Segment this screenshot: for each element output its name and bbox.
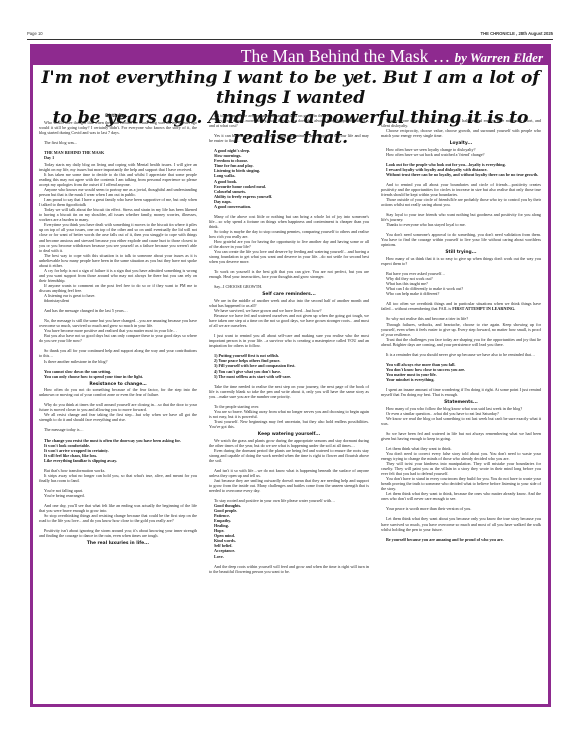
paragraph: And the deep roots within yourself will … [209,564,369,574]
paragraph: How many of you who follow the blog know… [381,406,541,411]
paragraph: Say...I CHOOSE GROWTH. [209,284,369,289]
paragraph: Today we will talk about the biscuit tin… [39,207,197,222]
paragraph: So today is maybe the day to stop counti… [209,229,369,239]
article-frame: The Man Behind the Mask … by Warren Elde… [30,44,551,707]
paragraph: Take the time needed to realise the next… [209,384,369,399]
column-title: The Man Behind the Mask … [241,46,455,66]
paragraph: No, the message is still the same but yo… [39,318,197,328]
paragraph: How grateful are you for having the oppo… [209,239,369,249]
column-1: Birthday... Who would have thought that … [39,113,197,547]
section-heading-resistance: Resistance to change… [39,382,197,387]
column-banner: The Man Behind the Mask … by Warren Elde… [33,47,548,65]
paragraph: They want more…more money, more friends,… [209,118,369,128]
masthead-date: THE CHRONICLE , 28th August 2025 [481,31,553,36]
paragraph: Trust that the challenges you face today… [381,337,541,347]
page-header: Page 10 THE CHRONICLE , 28th August 2025 [27,30,553,40]
paragraph: If anyone wants to comment on the post f… [39,283,197,293]
paragraph: So we have been fed and watered in life … [381,431,541,441]
section-heading-watering: Keep watering yourself... [209,432,369,437]
headline-line-1: I'm not everything I want to be yet. But… [33,68,548,108]
paragraph: How many of us think that it is so easy … [381,256,541,266]
paragraph: Just because they are smiling outwardly … [209,478,369,493]
paragraph: I spent an insane amount of time wonderi… [381,387,541,397]
section-heading-luxuries: The real luxuries in life... [39,541,197,546]
paragraph: Positivity isn't about ignoring the stor… [39,528,197,538]
paragraph: And isn't it so with life…we do not know… [209,468,369,478]
paragraph: Let them think what they want to think, … [381,491,541,501]
paragraph: Even during the dormant period the plant… [209,448,369,463]
column-3: Not everyone deserves your access. Cut o… [381,113,541,542]
paragraph: And to remind you all about your boundar… [381,182,541,197]
paragraph: A cry for help is not a sign of failure … [39,268,197,283]
column-2: All too often people are consumed by and… [209,113,369,574]
section-heading-statements: Statements... [381,400,541,405]
paragraph: We all resist change and fear taking the… [39,412,197,422]
page-number: Page 10 [27,31,43,36]
bold-quote: You can only choose how to spend your ti… [39,374,197,379]
paragraph: All too often we overthink things and in… [381,301,541,311]
paragraph: Stay loyal to your true friends who want… [381,212,541,222]
paragraph: To work on yourself is the best gift tha… [209,269,369,279]
byline: by Warren Elder [455,50,543,65]
paragraph: We are in the middle of another week and… [209,298,369,308]
section-heading-birthday: Birthday... [39,114,197,119]
paragraph: You are so brave. Walking away from what… [209,409,369,419]
paragraph: So thank you all for your continued help… [39,348,197,358]
paragraph: It has taken me some time to decide to d… [39,172,197,187]
section-heading-loyalty: Loyalty... [381,141,541,146]
paragraph: Because we have fed and watered ourselve… [209,313,369,328]
bold-paragraph: Without trust there can be no loyalty, a… [381,172,541,177]
paragraph: We watch the grass and plants grow durin… [209,438,369,448]
paragraph: I am proud to say that I have a great fa… [39,197,197,207]
paragraph: So stop overthinking things and resistin… [39,513,197,523]
paragraph: Yes it can but the following can also br… [209,133,369,143]
bold-paragraph: The change you resist the most is often … [39,438,197,443]
paragraph: Through failures, setbacks, and heartach… [381,322,541,337]
paragraph: Why do you think at times the wall aroun… [39,402,197,412]
paragraph: The best way to cope with this situation… [39,253,197,268]
paragraph: Trust yourself. New beginnings may feel … [209,419,369,429]
paragraph: It strips away what no longer can hold y… [39,473,197,483]
paragraph: Everytime you think you have dealt with … [39,222,197,252]
paragraph: How often do you not do something becaus… [39,387,197,397]
paragraph: Today starts my daily blog on living and… [39,162,197,172]
fail-acronym: FIRST ATTEMPT IN LEARNING. [452,306,515,311]
section-heading-selfcare: Self care reminders... [209,292,369,297]
paragraph: Those outside of your circle of friends/… [381,197,541,207]
paragraph: You don't need to correct every false st… [381,451,541,461]
paragraph: I just want to remind you all about self… [209,333,369,348]
paragraph: Let them think what they want about you … [381,516,541,531]
paragraph: But you also have not so good days but c… [39,333,197,343]
paragraph: We know we read the blog or had somethin… [381,416,541,426]
paragraph: They will twist your kindness into manip… [381,461,541,476]
paragraph: Anyone who knows me would seem to portra… [39,187,197,197]
paragraph: Who would have thought that when the Man… [39,120,197,135]
paragraph: Choose reciprocity, choose value, choose… [381,128,541,138]
paragraph: You don't have to stand in every courtro… [381,476,541,491]
paragraph: It is a reminder that you should never g… [381,352,541,357]
paragraph: Not everyone deserves your access. Cut o… [381,118,541,128]
closing-bold-paragraph: Be yourself because you are amazing and … [381,537,541,542]
section-heading-trying: Still trying... [381,250,541,255]
paragraph: And one day, you'll see that what felt l… [39,503,197,513]
paragraph: You don't need someone's approval to do … [381,232,541,247]
paragraph: You can create the life you love and des… [209,249,369,264]
paragraph: Many of the above cost little or nothing… [209,214,369,229]
